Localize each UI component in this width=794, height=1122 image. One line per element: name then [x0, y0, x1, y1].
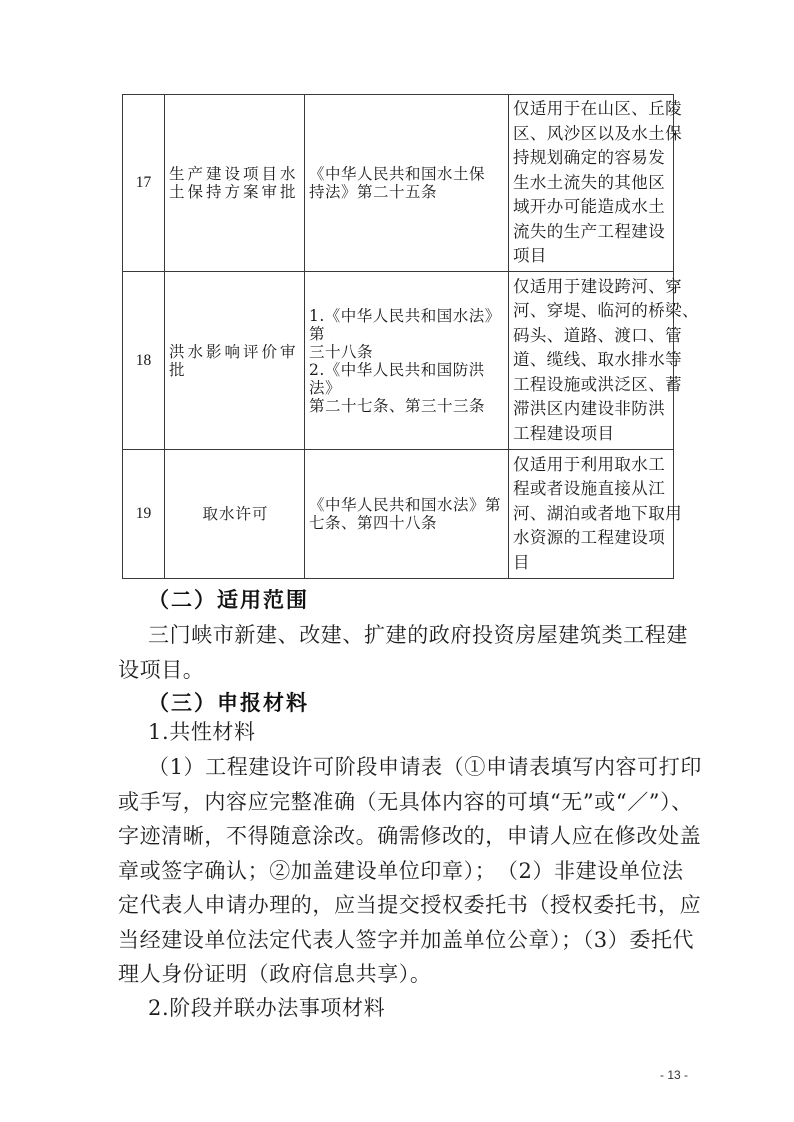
table-row: 17 生产建设项目水 土保持方案审批 《中华人民共和国水土保 持法》第二十五条 … [123, 95, 674, 272]
document-page: 17 生产建设项目水 土保持方案审批 《中华人民共和国水土保 持法》第二十五条 … [0, 0, 794, 1122]
paragraph-line: 定代表人申请办理的，应当提交授权委托书（授权委托书，应 [118, 888, 678, 923]
applicable-scope: 仅适用于利用取水工 程或者设施直接从江 河、湖泊或者地下取用 水资源的工程建设项… [509, 450, 674, 579]
applicable-scope: 仅适用于建设跨河、穿 河、穿堤、临河的桥梁、 码头、道路、渡口、管 道、缆线、取… [509, 272, 674, 450]
legal-basis-line: 第二十七条、第三十三条 [309, 397, 506, 415]
item-name: 取水许可 [165, 450, 305, 579]
legal-basis: 《中华人民共和国水土保 持法》第二十五条 [305, 95, 509, 272]
item-name-line: 土保持方案审批 [169, 183, 302, 201]
item-name: 生产建设项目水 土保持方案审批 [165, 95, 305, 272]
scope-line: 流失的生产工程建设 [513, 220, 671, 245]
scope-line: 工程设施或洪泛区、蓄 [513, 373, 671, 398]
scope-line: 仅适用于建设跨河、穿 [513, 275, 671, 300]
scope-line: 域开办可能造成水土 [513, 195, 671, 220]
scope-line: 水资源的工程建设项 [513, 526, 671, 551]
legal-basis: 《中华人民共和国水法》第 七条、第四十八条 [305, 450, 509, 579]
paragraph-line: 字迹清晰，不得随意涂改。确需修改的，申请人应在修改处盖 [118, 819, 678, 854]
item-name-line: 生产建设项目水 [169, 165, 302, 183]
section-heading-scope: （二）适用范围 [148, 584, 309, 614]
section-heading-materials: （三）申报材料 [148, 687, 309, 717]
item-name: 洪水影响评价审 批 [165, 272, 305, 450]
item-number: 18 [123, 272, 165, 450]
paragraph-line: （1）工程建设许可阶段申请表（①申请表填写内容可打印 [118, 750, 678, 785]
common-materials-paragraph: （1）工程建设许可阶段申请表（①申请表填写内容可打印 或手写，内容应完整准确（无… [118, 750, 678, 992]
scope-line: 道、缆线、取水排水等 [513, 348, 671, 373]
item-name-line: 取水许可 [169, 505, 302, 523]
legal-basis-line: 2.《中华人民共和国防洪法》 [309, 361, 506, 397]
scope-line: 河、穿堤、临河的桥梁、 [513, 299, 671, 324]
subheading-parallel: 2.阶段并联办法事项材料 [118, 991, 678, 1026]
paragraph-line: 当经建设单位法定代表人签字并加盖单位公章）；（3）委托代 [118, 923, 678, 958]
scope-paragraph: 三门峡市新建、改建、扩建的政府投资房屋建筑类工程建 设项目。 [118, 618, 678, 687]
scope-line: 区、风沙区以及水土保 [513, 122, 671, 147]
paragraph-line: 理人身份证明（政府信息共享）。 [118, 957, 678, 992]
applicable-scope: 仅适用于在山区、丘陵 区、风沙区以及水土保 持规划确定的容易发 生水土流失的其他… [509, 95, 674, 272]
legal-basis-line: 《中华人民共和国水法》第 [309, 496, 506, 514]
legal-basis: 1.《中华人民共和国水法》第 三十八条 2.《中华人民共和国防洪法》 第二十七条… [305, 272, 509, 450]
table-row: 18 洪水影响评价审 批 1.《中华人民共和国水法》第 三十八条 2.《中华人民… [123, 272, 674, 450]
legal-basis-line: 1.《中华人民共和国水法》第 [309, 307, 506, 343]
subheading-common: 1.共性材料 [118, 715, 678, 750]
scope-line: 程或者设施直接从江 [513, 477, 671, 502]
legal-basis-line: 七条、第四十八条 [309, 514, 506, 532]
page-number: - 13 - [660, 1068, 688, 1082]
scope-line: 项目 [513, 244, 671, 269]
legal-basis-line: 《中华人民共和国水土保 [309, 165, 506, 183]
table-row: 19 取水许可 《中华人民共和国水法》第 七条、第四十八条 仅适用于利用取水工 … [123, 450, 674, 579]
parallel-materials-heading: 2.阶段并联办法事项材料 [118, 991, 678, 1026]
scope-line: 持规划确定的容易发 [513, 146, 671, 171]
scope-line: 码头、道路、渡口、管 [513, 324, 671, 349]
scope-line: 生水土流失的其他区 [513, 171, 671, 196]
item-number: 19 [123, 450, 165, 579]
scope-line: 目 [513, 551, 671, 576]
item-name-line: 批 [169, 361, 302, 379]
scope-line: 工程建设项目 [513, 422, 671, 447]
legal-basis-line: 三十八条 [309, 343, 506, 361]
common-materials-heading: 1.共性材料 [118, 715, 678, 750]
scope-line: 仅适用于在山区、丘陵 [513, 97, 671, 122]
scope-line: 滞洪区内建设非防洪 [513, 397, 671, 422]
item-name-line: 洪水影响评价审 [169, 343, 302, 361]
paragraph-line: 三门峡市新建、改建、扩建的政府投资房屋建筑类工程建 [118, 618, 678, 653]
scope-line: 河、湖泊或者地下取用 [513, 502, 671, 527]
item-number: 17 [123, 95, 165, 272]
approval-items-table: 17 生产建设项目水 土保持方案审批 《中华人民共和国水土保 持法》第二十五条 … [122, 94, 674, 579]
paragraph-line: 或手写，内容应完整准确（无具体内容的可填“无”或“／”）、 [118, 785, 678, 820]
legal-basis-line: 持法》第二十五条 [309, 183, 506, 201]
paragraph-line: 设项目。 [118, 653, 678, 688]
paragraph-line: 章或签字确认；②加盖建设单位印章）； （2）非建设单位法 [118, 854, 678, 889]
scope-line: 仅适用于利用取水工 [513, 453, 671, 478]
